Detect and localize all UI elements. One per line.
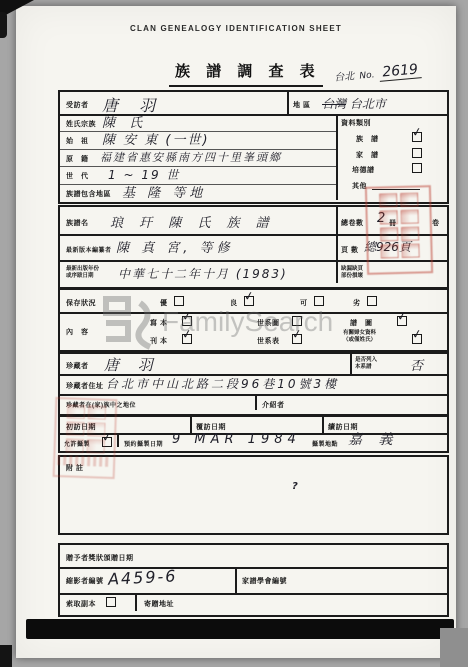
form-title: 族 譜 調 查 表 [169, 60, 323, 87]
listed-label-line2: 本系譜 [355, 364, 372, 371]
listed-label-line1: 是否列入 [355, 357, 377, 364]
women-data-label-line1: 有關婦女資料 [343, 330, 376, 337]
filming-location-label: 攝製地點 [312, 439, 338, 448]
category-header: 資料類別 [341, 118, 371, 128]
filming-location-value: 嘉 義 [348, 429, 398, 449]
form-header-english: CLAN GENEALOGY IDENTIFICATION SHEET [16, 24, 456, 33]
seal-glyph [379, 193, 397, 207]
divider [135, 593, 137, 611]
microfilmer-number-value: A459-6 [108, 566, 178, 589]
region-value: 台灣 台北市 [322, 95, 386, 112]
editor-label: 最新版本編纂者 [66, 245, 112, 254]
divider [287, 92, 289, 114]
region-text: 台北市 [350, 97, 386, 111]
divider [350, 354, 352, 374]
listed-value: 否 [410, 355, 423, 374]
content-checkbox [292, 316, 302, 326]
condition-checkbox [174, 296, 184, 306]
region-struck-text: 台灣 [322, 97, 346, 111]
seal-glyph [400, 192, 418, 206]
pub-date-label-line1: 最新出版年份 [66, 266, 99, 273]
serial-prefix: 台北 [334, 71, 355, 84]
notes-box: 附 註 ? [58, 455, 449, 535]
first-ancestor-value: 陳 安 東 (一世) [102, 129, 210, 148]
filming-appointment-label: 預約攝製日期 [124, 439, 163, 448]
coverage-value: 基 隆 等地 [122, 182, 206, 201]
condition-poor-label: 劣 [353, 298, 361, 308]
manuscript-label: 寫 本 [150, 318, 167, 328]
editor-value: 陳 真 宮, 等修 [116, 237, 234, 256]
content-checkbox-checked [292, 334, 302, 344]
scan-corner-artifact [0, 645, 12, 667]
collector-address-label: 珍藏者住址 [66, 381, 104, 391]
defect-label-line1: 缺漏缺頁 [341, 266, 363, 273]
pages-label: 頁 數 [341, 245, 358, 255]
interviewee-label: 受訪者 [66, 100, 89, 110]
seal-glyph [401, 243, 419, 257]
condition-excellent-label: 優 [160, 298, 168, 308]
pen-mark: ? [292, 481, 298, 492]
red-seal-stamp [365, 185, 433, 275]
collector-address-value: 台北市中山北路二段96巷10號3樓 [106, 375, 339, 392]
book-name-label: 族譜名 [66, 218, 89, 228]
condition-fair-label: 可 [300, 298, 308, 308]
request-copy-checkbox [106, 597, 116, 607]
region-label: 地 區 [293, 100, 310, 110]
content-checkbox-checked [397, 316, 407, 326]
category-checkbox [412, 163, 422, 173]
seal-glyph [87, 405, 105, 420]
genealogy-chart-label: 譜 圖 [350, 318, 373, 328]
origin-label: 原 籍 [66, 154, 89, 164]
introducer-label: 介紹者 [262, 400, 285, 410]
condition-good-label: 良 [230, 298, 238, 308]
red-seal-stamp-faint [53, 397, 118, 479]
serial-number: 2619 [379, 61, 422, 82]
seal-glyph [65, 438, 83, 453]
pedigree-table-label: 世系表 [257, 336, 280, 346]
seal-glyph [400, 226, 418, 240]
content-checkbox-checked [182, 334, 192, 344]
scan-black-bar [26, 619, 454, 639]
divider [60, 312, 447, 314]
volumes-label: 總卷數 [341, 218, 364, 228]
condition-checkbox [314, 296, 324, 306]
book-name-value: 琅 玕 陳 氏 族 譜 [110, 212, 275, 231]
category-checkbox-checked [412, 132, 422, 142]
table-visits-filming: 初訪日期 覆訪日期 續訪日期 允許攝製 預約攝製日期 9 MAR 1984 攝製… [58, 415, 449, 453]
divider [117, 433, 119, 447]
microfilmer-number-label: 縮影者編號 [66, 576, 104, 586]
collector-label: 珍藏者 [66, 361, 89, 371]
seal-glyph [400, 209, 418, 223]
society-number-label: 家譜學會編號 [242, 576, 287, 586]
category-item-label: 家 譜 [356, 150, 379, 160]
content-checkbox-checked [412, 334, 422, 344]
seal-glyph [87, 422, 105, 437]
category-checkbox [412, 148, 422, 158]
scanned-genealogy-form: CLAN GENEALOGY IDENTIFICATION SHEET 族 譜 … [0, 0, 468, 667]
women-data-label-line2: （或僅姓氏） [343, 337, 376, 344]
divider [336, 114, 338, 200]
content-label: 內 容 [66, 327, 89, 337]
divider [60, 394, 447, 396]
divider [336, 207, 338, 283]
condition-label: 保存狀況 [66, 298, 96, 308]
divider [255, 394, 257, 410]
table-condition-content: 保存狀況 優 良 可 劣 內 容 寫 本 世系圖 譜 圖 刊 本 世系表 有關婦… [58, 288, 449, 352]
table-admin-numbers: 贈予者獎狀頒贈日期 縮影者編號 A459-6 家譜學會編號 索取副本 寄贈地址 [58, 543, 449, 617]
divider [60, 593, 447, 595]
seal-glyph [66, 404, 84, 419]
seal-border-pattern [57, 455, 111, 467]
pedigree-chart-label: 世系圖 [257, 318, 280, 328]
serial-no-label: No. [359, 70, 375, 81]
seal-glyph [66, 421, 84, 436]
scan-edge-artifact [0, 12, 7, 38]
seal-glyph [86, 439, 104, 454]
divider [235, 567, 237, 593]
divider [322, 417, 324, 433]
first-ancestor-label: 始 祖 [66, 136, 89, 146]
divider [190, 417, 192, 433]
defect-label-line2: 部份損壞 [341, 273, 363, 280]
request-copy-label: 索取副本 [66, 599, 96, 609]
revisit-label: 覆訪日期 [196, 422, 226, 432]
condition-checkbox [367, 296, 377, 306]
coverage-label: 族譜包含地區 [66, 189, 111, 199]
condition-checkbox-checked [244, 296, 254, 306]
pub-date-value: 中華七十二年十月 (1983) [118, 265, 288, 282]
filming-appointment-date: 9 MAR 1984 [172, 432, 301, 447]
category-item-label: 族 譜 [356, 134, 379, 144]
generations-label: 世 代 [66, 171, 89, 181]
category-item-label: 培德譜 [352, 165, 375, 175]
volumes-unit-juan: 卷 [432, 218, 440, 228]
award-date-label: 贈予者獎狀頒贈日期 [66, 553, 134, 563]
pub-date-label-line2: 或序跋日期 [66, 273, 94, 280]
collector-value: 唐 羽 [104, 354, 160, 375]
mailing-address-label: 寄贈地址 [144, 599, 174, 609]
printed-label: 刊 本 [150, 336, 167, 346]
scan-shadow [440, 628, 468, 667]
divider [60, 166, 336, 167]
content-checkbox-checked [182, 316, 192, 326]
seal-glyph [379, 210, 397, 224]
seal-glyph [380, 244, 398, 258]
origin-value: 福建省惠安縣南方四十里峯頭鄉 [100, 149, 282, 165]
surname-label: 姓氏宗族 [66, 119, 96, 129]
seal-glyph [379, 227, 397, 241]
generations-value: 1 ~ 19 世 [108, 166, 180, 183]
